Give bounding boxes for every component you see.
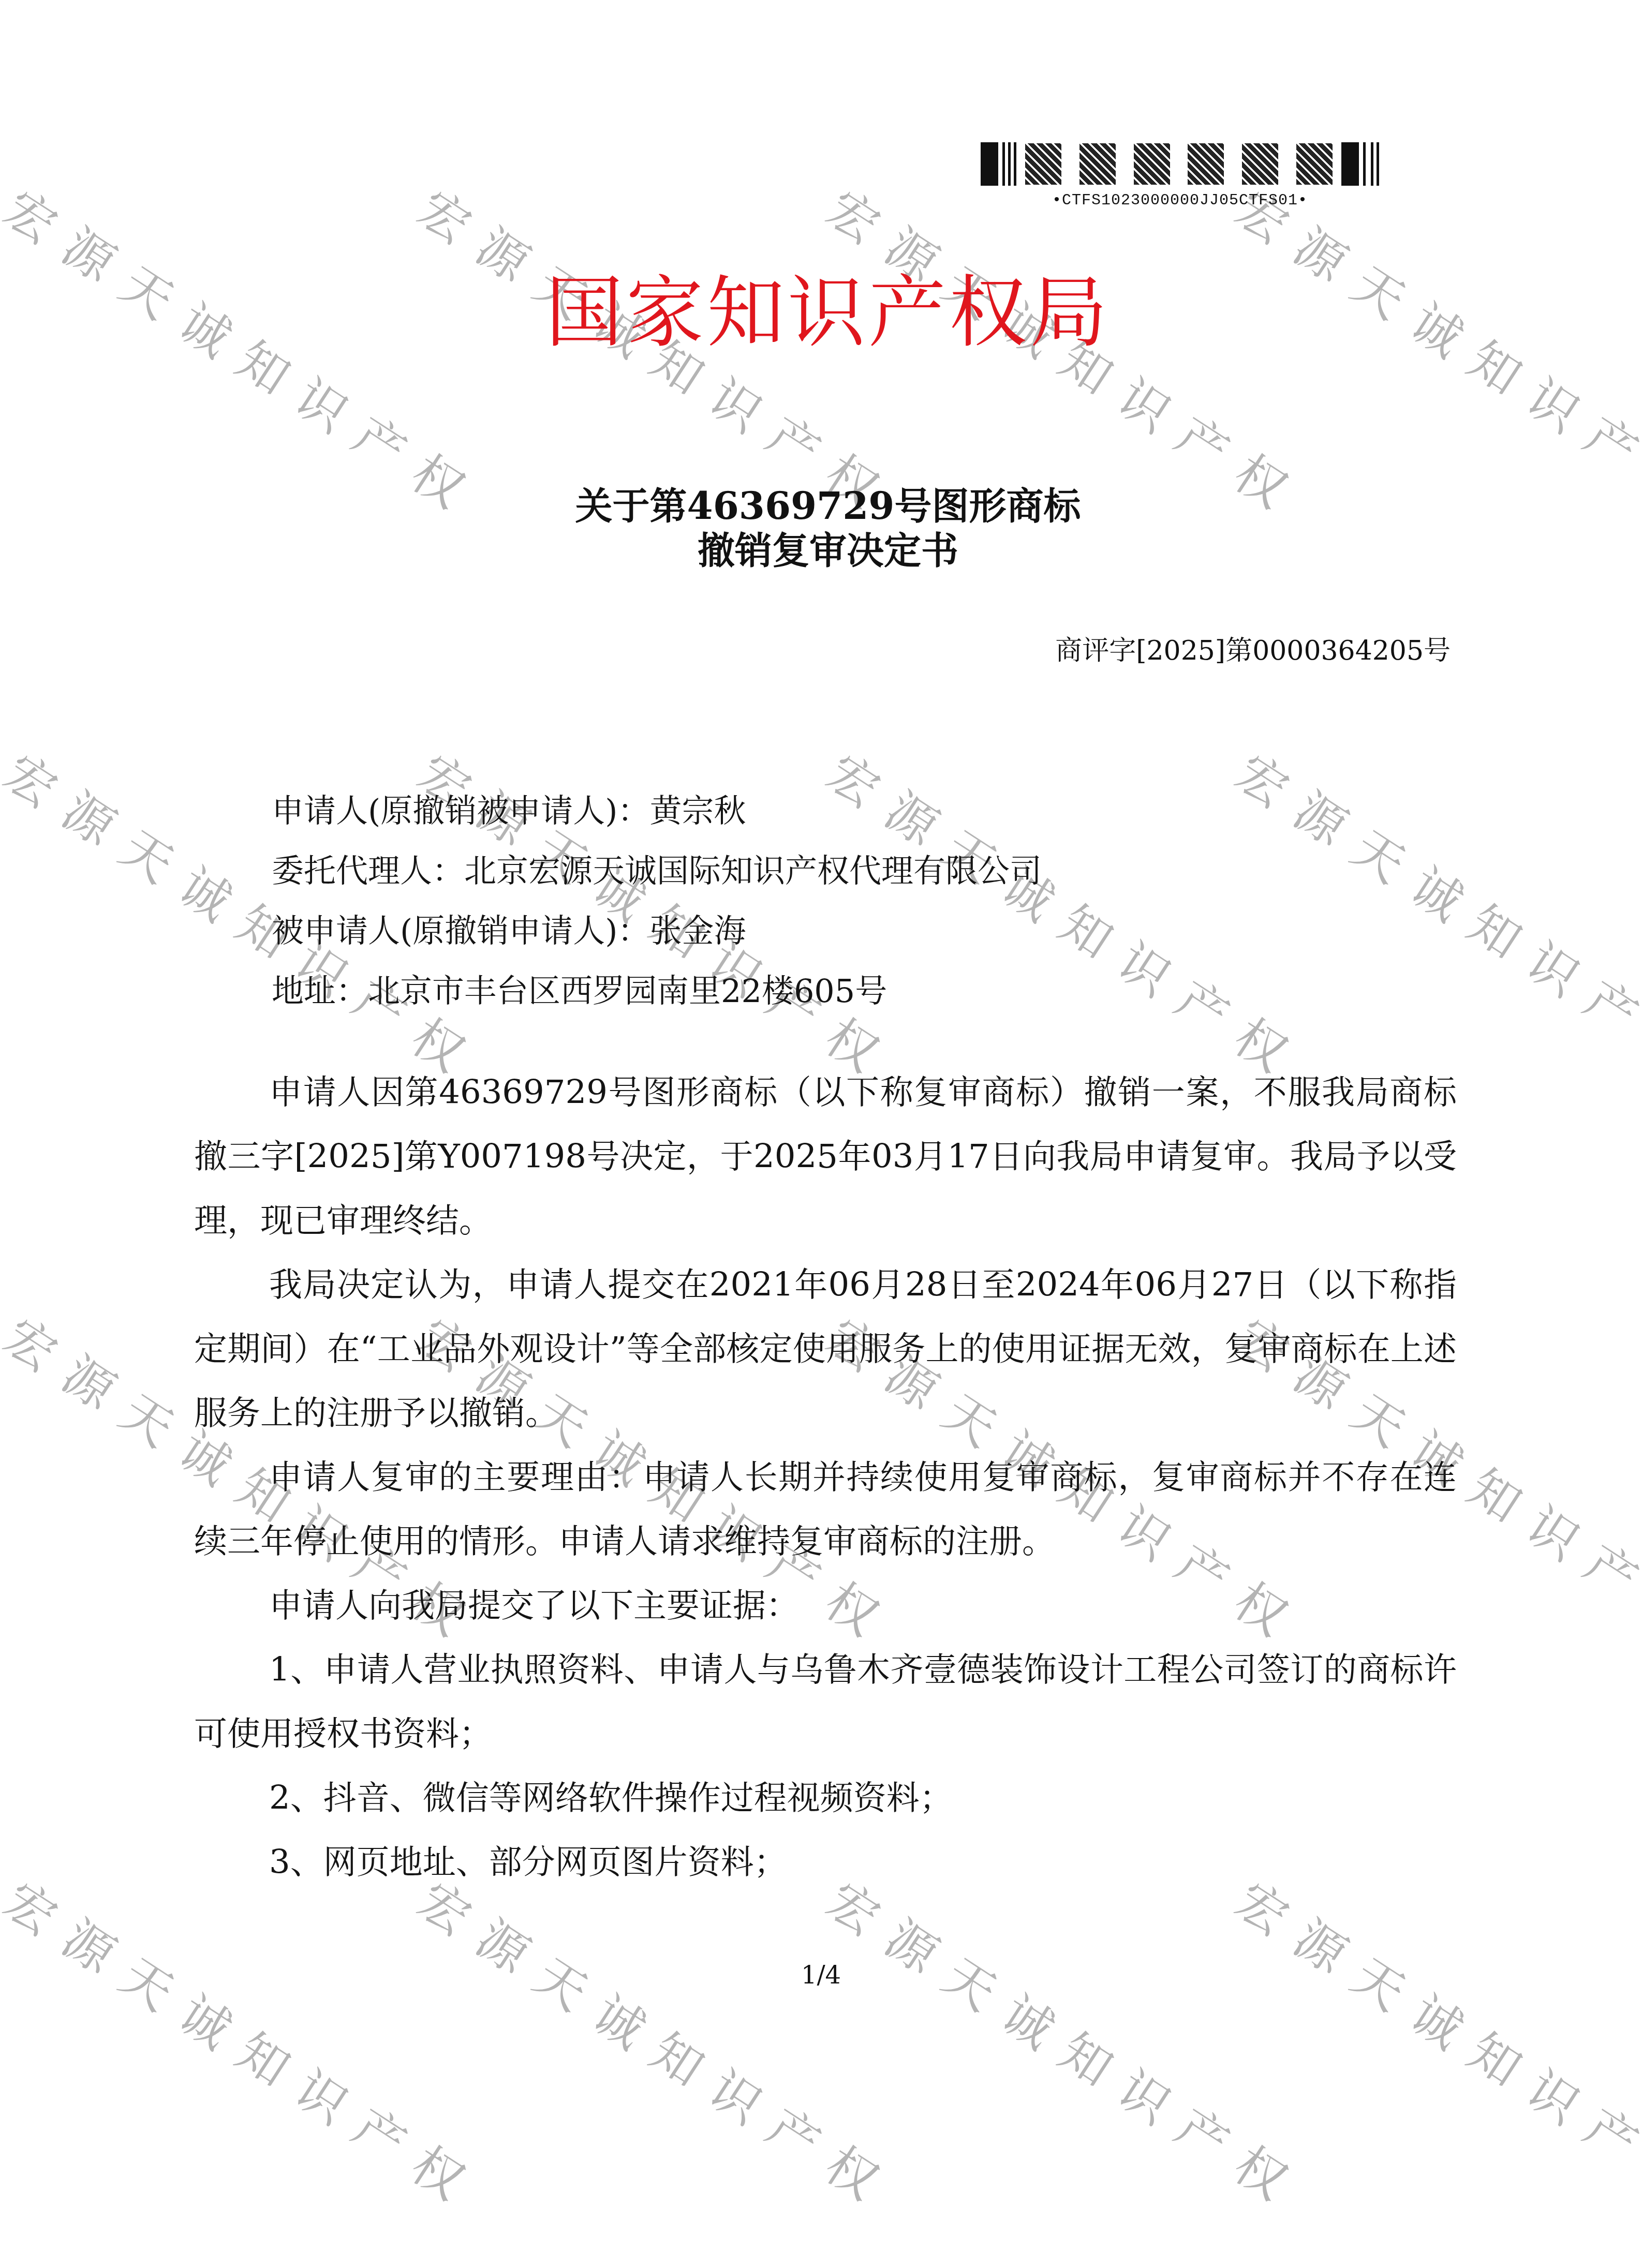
paragraph-case-intro: 申请人因第46369729号图形商标（以下称复审商标）撤销一案，不服我局商标撤三… <box>194 1061 1457 1253</box>
decision-body: 申请人因第46369729号图形商标（以下称复审商标）撤销一案，不服我局商标撤三… <box>194 1061 1457 1894</box>
title-line-2: 撤销复审决定书 <box>466 528 1190 573</box>
document-number: 商评字[2025]第0000364205号 <box>1055 629 1451 667</box>
evidence-item-2: 2、抖音、微信等网络软件操作过程视频资料； <box>194 1766 1457 1830</box>
watermark: 宏源天诚知识产权 <box>1224 1862 1642 2224</box>
party-label: 地址： <box>272 972 368 1010</box>
watermark: 宏源天诚知识产权 <box>815 1862 1319 2224</box>
parties-block: 申请人(原撤销被申请人)：黄宗秋 委托代理人：北京宏源天诚国际知识产权代理有限公… <box>272 781 1514 1021</box>
barcode-bars <box>981 142 1379 186</box>
document-page: 宏源天诚知识产权 宏源天诚知识产权 宏源天诚知识产权 宏源天诚知识产权 宏源天诚… <box>0 0 1642 2268</box>
party-value: 黄宗秋 <box>649 792 746 830</box>
watermark: 宏源天诚知识产权 <box>0 1862 496 2224</box>
party-label: 申请人(原撤销被申请人)： <box>272 792 649 830</box>
party-value: 北京市丰台区西罗园南里22楼605号 <box>368 972 887 1010</box>
title-line-1: 关于第46369729号图形商标 <box>466 484 1190 528</box>
party-value: 张金海 <box>649 912 746 950</box>
party-value: 北京宏源天诚国际知识产权代理有限公司 <box>464 852 1042 890</box>
party-applicant: 申请人(原撤销被申请人)：黄宗秋 <box>272 781 1514 841</box>
party-address: 地址：北京市丰台区西罗园南里22楼605号 <box>272 961 1514 1021</box>
watermark: 宏源天诚知识产权 <box>0 171 496 532</box>
watermark: 宏源天诚知识产权 <box>1224 171 1642 532</box>
evidence-item-3: 3、网页地址、部分网页图片资料； <box>194 1830 1457 1894</box>
party-agent: 委托代理人：北京宏源天诚国际知识产权代理有限公司 <box>272 841 1514 901</box>
party-label: 委托代理人： <box>272 852 464 890</box>
barcode-code: •CTFS1023000000JJ05CTFS01• <box>981 192 1379 210</box>
paragraph-evidence-intro: 申请人向我局提交了以下主要证据： <box>194 1574 1457 1638</box>
watermark: 宏源天诚知识产权 <box>406 1862 910 2224</box>
barcode: •CTFS1023000000JJ05CTFS01• <box>981 142 1379 220</box>
party-label: 被申请人(原撤销申请人)： <box>272 912 649 950</box>
agency-header: 国家知识产权局 <box>517 269 1138 357</box>
paragraph-reasons: 申请人复审的主要理由：申请人长期并持续使用复审商标，复审商标并不存在连续三年停止… <box>194 1445 1457 1574</box>
party-respondent: 被申请人(原撤销申请人)：张金海 <box>272 901 1514 961</box>
document-title: 关于第46369729号图形商标 撤销复审决定书 <box>466 484 1190 573</box>
page-number: 1/4 <box>0 1961 1642 1990</box>
evidence-item-1: 1、申请人营业执照资料、申请人与乌鲁木齐壹德装饰设计工程公司签订的商标许可使用授… <box>194 1638 1457 1766</box>
paragraph-decision: 我局决定认为，申请人提交在2021年06月28日至2024年06月27日（以下称… <box>194 1253 1457 1445</box>
